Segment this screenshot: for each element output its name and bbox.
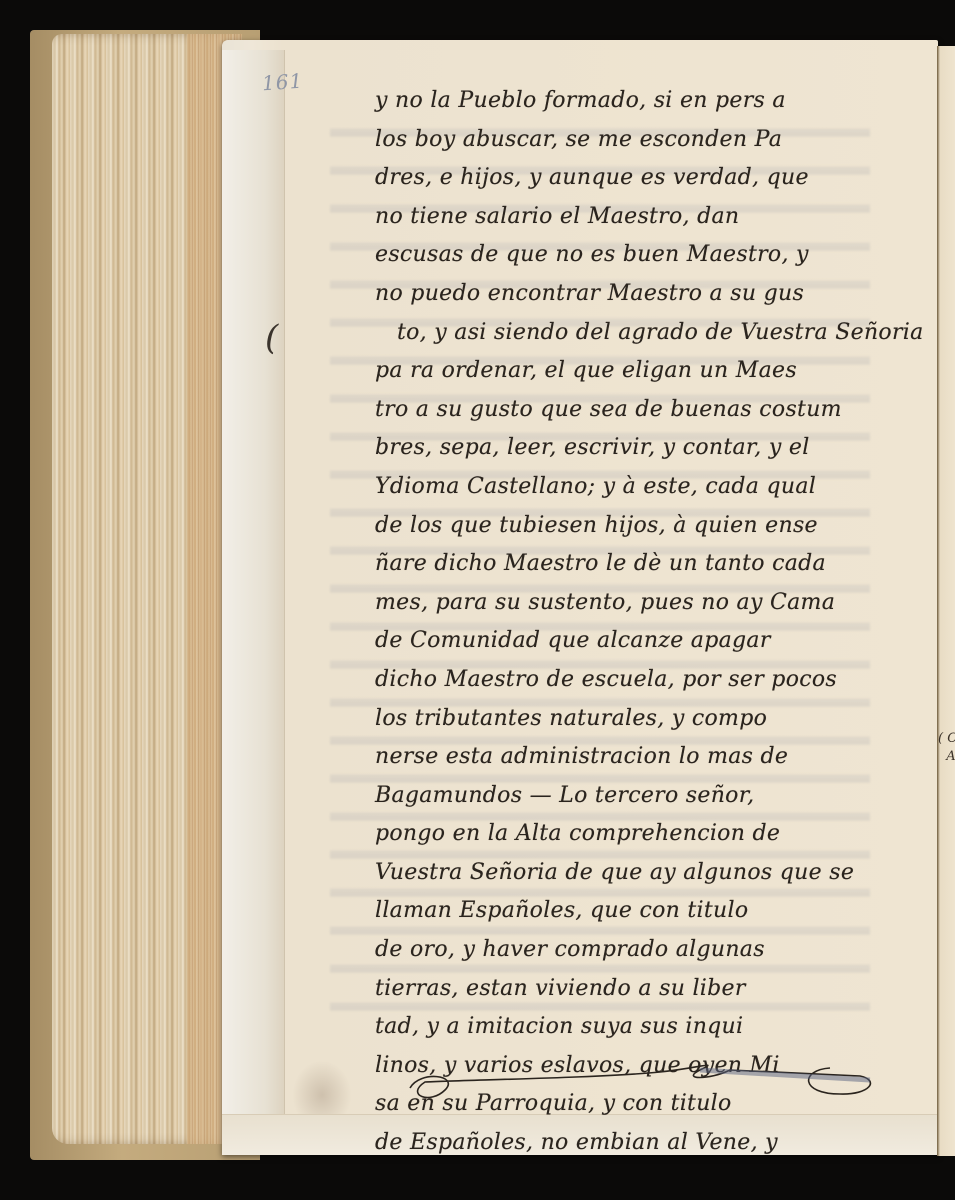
manuscript-line: to, y asi siendo del agrado de Vuestra S…	[375, 314, 895, 353]
facing-page-edge	[937, 46, 955, 1156]
manuscript-line: bres, sepa, leer, escrivir, y contar, y …	[375, 429, 895, 468]
manuscript-line: tro a su gusto que sea de buenas costum	[375, 391, 895, 430]
manuscript-line: pongo en la Alta comprehencion de	[375, 815, 895, 854]
folio-number: 161	[261, 69, 304, 96]
manuscript-line: los tributantes naturales, y compo	[375, 700, 895, 739]
manuscript-line: tad, y a imitacion suya sus inqui	[375, 1008, 895, 1047]
margin-mark: (	[265, 318, 278, 358]
manuscript-line: mes, para su sustento, pues no ay Cama	[375, 584, 895, 623]
manuscript-line: Vuestra Señoria de que ay algunos que se	[375, 854, 895, 893]
facing-page-text-fragment: ( O Aut	[938, 730, 955, 766]
manuscript-line: de oro, y haver comprado algunas	[375, 931, 895, 970]
manuscript-line: de los que tubiesen hijos, à quien ense	[375, 507, 895, 546]
manuscript-line: tierras, estan viviendo a su liber	[375, 970, 895, 1009]
manuscript-line: Ydioma Castellano; y à este, cada qual	[375, 468, 895, 507]
manuscript-line: no tiene salario el Maestro, dan	[375, 198, 895, 237]
binding-guard-strip	[222, 50, 285, 1145]
manuscript-line: de Españoles, no embian al Vene, y	[375, 1124, 895, 1163]
manuscript-line: dres, e hijos, y aunque es verdad, que	[375, 159, 895, 198]
manuscript-photograph: ( O Aut 161 ( y no la Pueblo formado, si…	[0, 0, 955, 1200]
manuscript-line: de Comunidad que alcanze apagar	[375, 622, 895, 661]
manuscript-line: escusas de que no es buen Maestro, y	[375, 236, 895, 275]
manuscript-line: pa ra ordenar, el que eligan un Maes	[375, 352, 895, 391]
manuscript-line: y no la Pueblo formado, si en pers a	[375, 82, 895, 121]
manuscript-line: dicho Maestro de escuela, por ser pocos	[375, 661, 895, 700]
manuscript-line: Bagamundos — Lo tercero señor,	[375, 777, 895, 816]
closing-flourish-icon	[400, 1050, 880, 1110]
page-edge-stack	[52, 34, 242, 1144]
manuscript-text: y no la Pueblo formado, si en pers alos …	[375, 82, 895, 1163]
manuscript-line: los boy abuscar, se me esconden Pa	[375, 121, 895, 160]
manuscript-line: ñare dicho Maestro le dè un tanto cada	[375, 545, 895, 584]
manuscript-line: llaman Españoles, que con titulo	[375, 892, 895, 931]
manuscript-line: no puedo encontrar Maestro a su gus	[375, 275, 895, 314]
manuscript-line: nerse esta administracion lo mas de	[375, 738, 895, 777]
